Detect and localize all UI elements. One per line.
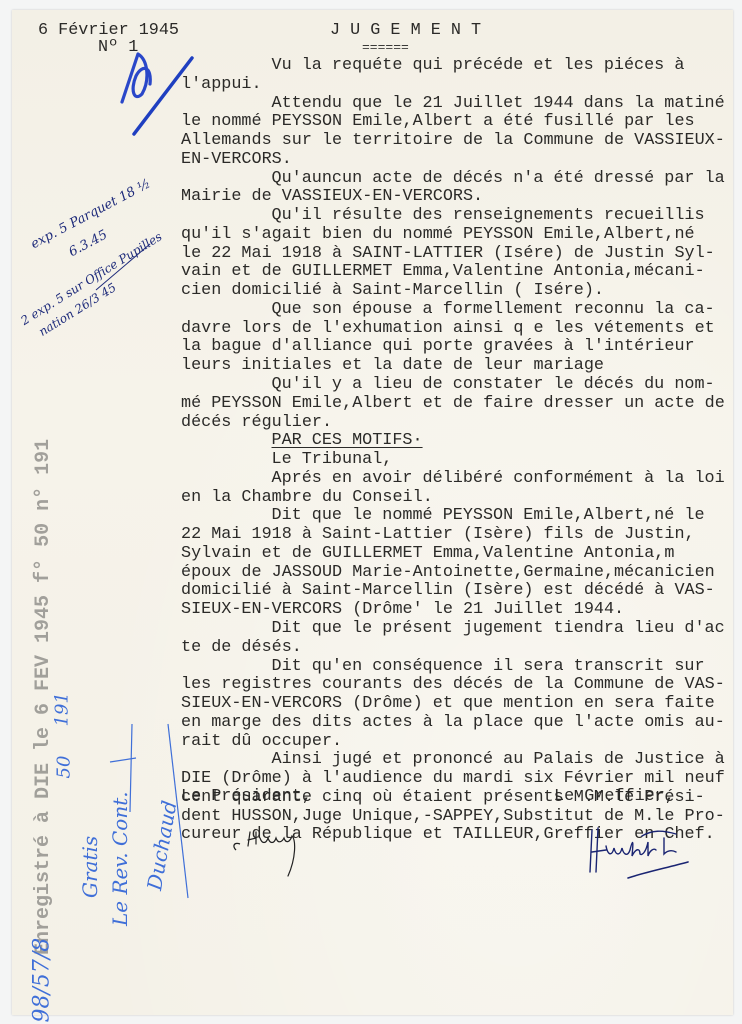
line-text: le 22 Mai 1918 à SAINT-LATTIER (Isére) d…: [181, 244, 715, 263]
body-line: Qu'il y a lieu de constater le décés du …: [181, 376, 725, 395]
stamp-folio: 50: [54, 756, 75, 779]
line-text: EN-VERCORS.: [181, 150, 292, 169]
line-text: Qu'il résulte des renseignements recueil…: [272, 206, 705, 225]
line-text: domicilié à Saint-Marcellin (Isère) est …: [181, 581, 715, 600]
body-line: EN-VERCORS.: [181, 151, 725, 170]
line-text: rait dû occuper.: [181, 732, 342, 751]
line-text: décés régulier.: [181, 413, 332, 432]
body-line: leurs initiales et la date de leur maria…: [181, 357, 725, 376]
body-line: en la Chambre du Conseil.: [181, 489, 725, 508]
body-line: mé PEYSSON Emile,Albert et de faire dres…: [181, 395, 725, 414]
body-line: vain et de GUILLERMET Emma,Valentine Ant…: [181, 263, 725, 282]
judgment-body: Vu la requéte qui précéde et les piéces …: [181, 57, 725, 845]
line-text: qu'il s'agait bien du nommé PEYSSON Emil…: [181, 225, 695, 244]
line-text: la bague d'alliance qui porte gravées à …: [181, 337, 695, 356]
line-text: Que son épouse a formellement reconnu la…: [272, 300, 715, 319]
title-underline-rule: ======: [362, 39, 409, 58]
line-text: Ainsi jugé et prononcé au Palais de Just…: [272, 750, 725, 769]
body-line: Attendu que le 21 Juillet 1944 dans la m…: [181, 95, 725, 114]
line-text: cien domicilié à Saint-Marcellin ( Isére…: [181, 281, 604, 300]
line-text: leurs initiales et la date de leur maria…: [181, 356, 604, 375]
stamp-number: 191: [52, 692, 73, 726]
bottom-margin-number: 98/57/8: [30, 938, 55, 1023]
body-line: Dit que le nommé PEYSSON Emile,Albert,né…: [181, 507, 725, 526]
document-title: J U G E M E N T: [330, 22, 481, 41]
body-line: Qu'auncun acte de décés n'a été dressé p…: [181, 170, 725, 189]
body-line: Le Tribunal,: [181, 451, 725, 470]
body-line: Mairie de VASSIEUX-EN-VERCORS.: [181, 188, 725, 207]
body-line: cien domicilié à Saint-Marcellin ( Isére…: [181, 282, 725, 301]
body-line: en marge des dits actes à la place que l…: [181, 714, 725, 733]
line-text: te de désés.: [181, 638, 302, 657]
line-text: en la Chambre du Conseil.: [181, 488, 433, 507]
receveur-signature-line: [164, 722, 194, 902]
line-text: davre lors de l'exhumation ainsi q e les…: [181, 319, 715, 338]
line-text: Allemands sur le territoire de la Commun…: [181, 131, 725, 150]
president-label: Le Président,: [181, 788, 312, 807]
line-text: SIEUX-EN-VERCORS (Drôme' le 21 Juillet 1…: [181, 600, 624, 619]
body-line: davre lors de l'exhumation ainsi q e les…: [181, 320, 725, 339]
greffier-signature: [584, 822, 694, 887]
body-line: l'appui.: [181, 76, 725, 95]
line-text: Attendu que le 21 Juillet 1944 dans la m…: [272, 94, 725, 113]
line-text: Qu'il y a lieu de constater le décés du …: [272, 375, 715, 394]
line-text: Sylvain et de GUILLERMET Emma,Valentine …: [181, 544, 674, 563]
body-line: décés régulier.: [181, 414, 725, 433]
body-line: la bague d'alliance qui porte gravées à …: [181, 338, 725, 357]
line-text: l'appui.: [181, 75, 262, 94]
body-line: Vu la requéte qui précéde et les piéces …: [181, 57, 725, 76]
president-signature: [230, 828, 310, 883]
body-line: qu'il s'agait bien du nommé PEYSSON Emil…: [181, 226, 725, 245]
body-line: Dit qu'en conséquence il sera transcrit …: [181, 658, 725, 677]
greffier-label: Le Greffier,: [554, 788, 675, 807]
body-line: les registres courants des décés de la C…: [181, 676, 725, 695]
receveur-stroke: [102, 722, 142, 822]
line-text: SIEUX-EN-VERCORS (Drôme) et que mention …: [181, 694, 715, 713]
line-text: Qu'auncun acte de décés n'a été dressé p…: [272, 169, 725, 188]
line-text: époux de JASSOUD Marie-Antoinette,Germai…: [181, 563, 715, 582]
body-line: SIEUX-EN-VERCORS (Drôme' le 21 Juillet 1…: [181, 601, 725, 620]
document-page: 6 Février 1945 Nº 1 J U G E M E N T ====…: [12, 10, 733, 1015]
body-line: Que son épouse a formellement reconnu la…: [181, 301, 725, 320]
body-line: Aprés en avoir délibéré conformément à l…: [181, 470, 725, 489]
body-line: époux de JASSOUD Marie-Antoinette,Germai…: [181, 564, 725, 583]
line-text: Mairie de VASSIEUX-EN-VERCORS.: [181, 187, 483, 206]
line-text: Vu la requéte qui précéde et les piéces …: [272, 56, 685, 75]
line-text: Dit qu'en conséquence il sera transcrit …: [272, 657, 705, 676]
line-text: en marge des dits actes à la place que l…: [181, 713, 725, 732]
body-line: Ainsi jugé et prononcé au Palais de Just…: [181, 751, 725, 770]
line-text: le nommé PEYSSON Emile,Albert a été fusi…: [181, 112, 695, 131]
body-line: 22 Mai 1918 à Saint-Lattier (Isère) fils…: [181, 526, 725, 545]
body-line: Sylvain et de GUILLERMET Emma,Valentine …: [181, 545, 725, 564]
body-line: Allemands sur le territoire de la Commun…: [181, 132, 725, 151]
line-text: mé PEYSSON Emile,Albert et de faire dres…: [181, 394, 725, 413]
line-text: Le Tribunal,: [272, 450, 393, 469]
body-line: SIEUX-EN-VERCORS (Drôme) et que mention …: [181, 695, 725, 714]
line-text: DIE (Drôme) à l'audience du mardi six Fé…: [181, 769, 725, 788]
body-line: rait dû occuper.: [181, 733, 725, 752]
line-text: les registres courants des décés de la C…: [181, 675, 725, 694]
body-line: Dit que le présent jugement tiendra lieu…: [181, 620, 725, 639]
line-text: vain et de GUILLERMET Emma,Valentine Ant…: [181, 262, 705, 281]
body-line: PAR CES MOTIFS·: [181, 432, 725, 451]
body-line: domicilié à Saint-Marcellin (Isère) est …: [181, 582, 725, 601]
gratis-note: Gratis: [78, 836, 102, 898]
section-heading: PAR CES MOTIFS·: [272, 431, 423, 450]
line-text: Aprés en avoir délibéré conformément à l…: [272, 469, 725, 488]
body-line: te de désés.: [181, 639, 725, 658]
line-text: Dit que le nommé PEYSSON Emile,Albert,né…: [272, 506, 705, 525]
body-line: le nommé PEYSSON Emile,Albert a été fusi…: [181, 113, 725, 132]
line-text: Dit que le présent jugement tiendra lieu…: [272, 619, 725, 638]
body-line: Qu'il résulte des renseignements recueil…: [181, 207, 725, 226]
body-line: le 22 Mai 1918 à SAINT-LATTIER (Isére) d…: [181, 245, 725, 264]
line-text: 22 Mai 1918 à Saint-Lattier (Isère) fils…: [181, 525, 695, 544]
